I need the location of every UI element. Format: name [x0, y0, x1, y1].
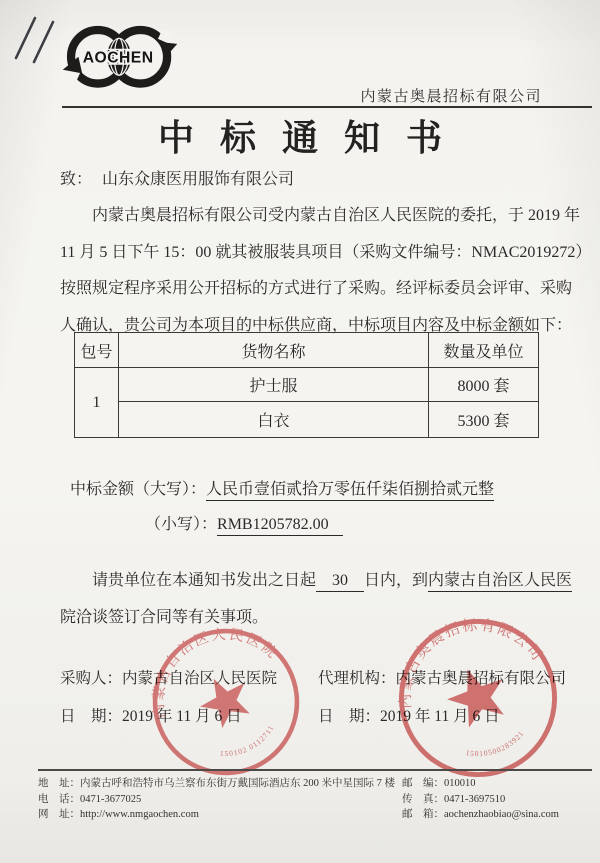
footer-email-value: aochenzhaobiao@sina.com	[444, 809, 559, 820]
package-number-cell: 1	[75, 368, 119, 438]
notice-pre-text: 请贵单位在本通知书发出之日起	[92, 572, 316, 589]
notice-hospital-name: 内蒙古自治区人民医	[428, 572, 572, 592]
body-line: 按照规定程序采用公开招标的方式进行了采购。经评标委员会评审、采购	[60, 271, 591, 308]
footer-website-value: http://www.nmgaochen.com	[80, 809, 199, 820]
goods-name-cell: 白衣	[119, 402, 429, 438]
col-header-package: 包号	[75, 333, 119, 368]
table-row: 白衣 5300 套	[75, 402, 539, 438]
notice-mid-text: 日内，到	[364, 572, 428, 589]
footer-website-label: 网 址：	[38, 809, 80, 820]
logo-wordmark: AOCHEN	[83, 49, 154, 66]
recipient-line: 致：山东众康医用服饰有限公司	[60, 166, 294, 189]
col-header-qty: 数量及单位	[429, 333, 539, 368]
col-header-goods: 货物名称	[119, 333, 429, 368]
footer-zip-value: 010010	[444, 778, 476, 789]
award-amount-words-line: 中标金额（大写）：人民币壹佰贰拾万零伍仟柒佰捌拾贰元整	[70, 476, 494, 499]
qty-cell: 5300 套	[429, 402, 539, 438]
amount-words-label: 中标金额（大写）：	[70, 481, 206, 498]
goods-name-cell: 护士服	[119, 368, 429, 402]
footer-phone-value: 0471-3677025	[80, 794, 141, 805]
footer-phone-label: 电 话：	[38, 794, 80, 805]
letterhead-divider	[62, 106, 592, 108]
table-row: 1 护士服 8000 套	[75, 368, 539, 402]
recipient-name: 山东众康医用服饰有限公司	[102, 171, 294, 188]
footer-zip-label: 邮 编：	[402, 778, 444, 789]
aochen-logo-icon: AOCHEN	[60, 15, 180, 105]
letterhead-footer: 地 址：内蒙古呼和浩特市乌兰察布东街万戴国际酒店东 200 米中星国际 7 楼 …	[38, 769, 592, 823]
body-paragraph: 内蒙古奥晨招标有限公司受内蒙古自治区人民医院的委托，于 2019 年 11 月 …	[60, 198, 591, 344]
award-items-table: 包号 货物名称 数量及单位 1 护士服 8000 套 白衣 5300 套	[74, 332, 539, 438]
scanned-award-notice-page: AOCHEN 内蒙古奥晨招标有限公司 中标通知书 致：山东众康医用服饰有限公司 …	[0, 0, 600, 863]
document-title: 中标通知书	[0, 110, 600, 161]
footer-address-label: 地 址：	[38, 778, 80, 789]
footer-fax-value: 0471-3697510	[444, 794, 505, 805]
notice-days-value: 30	[316, 572, 364, 592]
purchaser-label: 采购人：	[60, 670, 122, 687]
body-line: 11 月 5 日下午 15：00 就其被服装具项目（采购文件编号：NMAC201…	[60, 235, 591, 272]
footer-email-label: 邮 箱：	[402, 809, 444, 820]
amount-figures-value: RMB1205782.00	[217, 516, 343, 536]
amount-words-value: 人民币壹佰贰拾万零伍仟柒佰捌拾贰元整	[206, 481, 494, 501]
agency-date-label: 日 期：	[318, 708, 380, 725]
purchaser-date-label: 日 期：	[60, 708, 122, 725]
award-amount-figures-line: （小写）：RMB1205782.00	[145, 511, 343, 534]
recipient-label: 致：	[60, 171, 92, 188]
amount-figures-label: （小写）：	[145, 516, 217, 533]
handwritten-pen-mark	[4, 8, 66, 70]
letterhead-company-name: 内蒙古奥晨招标有限公司	[242, 85, 542, 106]
footer-fax-label: 传 真：	[402, 794, 444, 805]
footer-address-value: 内蒙古呼和浩特市乌兰察布东街万戴国际酒店东 200 米中星国际 7 楼	[80, 778, 395, 789]
qty-cell: 8000 套	[429, 368, 539, 402]
body-line: 内蒙古奥晨招标有限公司受内蒙古自治区人民医院的委托，于 2019 年	[60, 198, 591, 235]
